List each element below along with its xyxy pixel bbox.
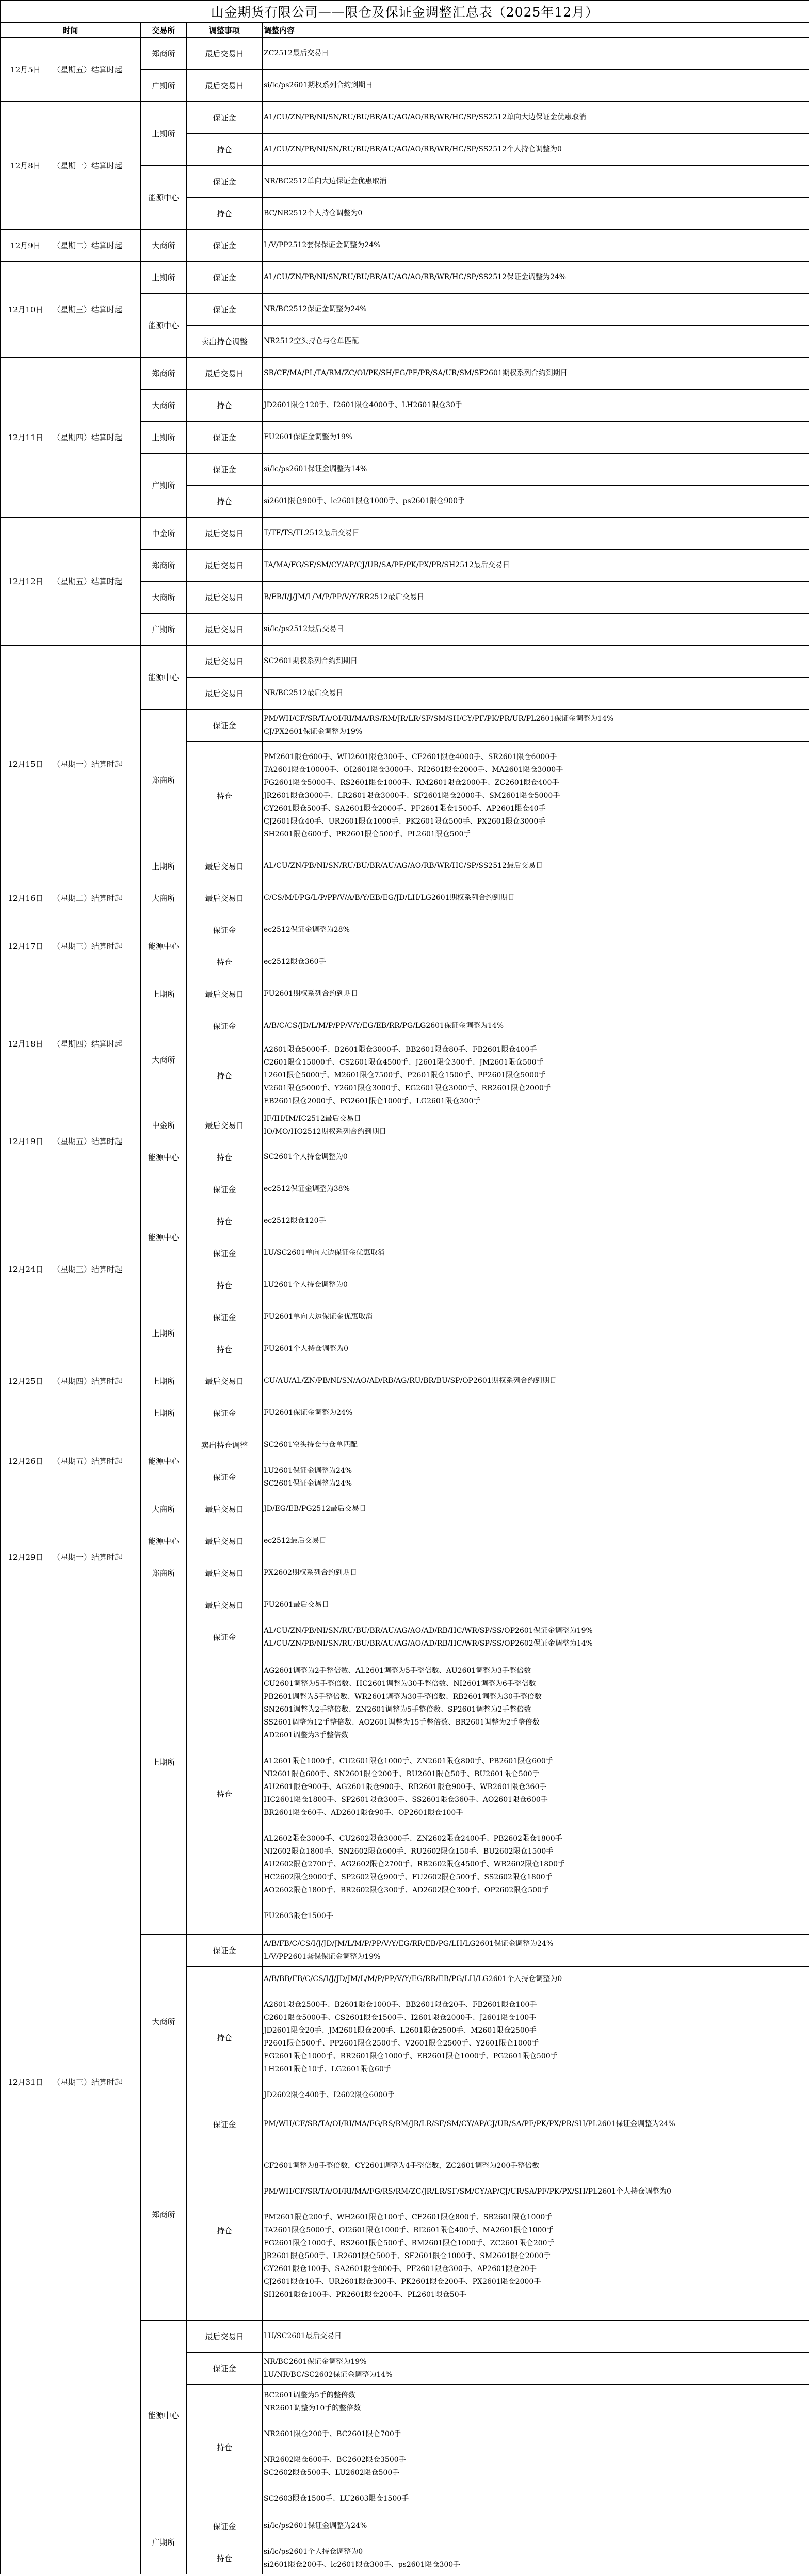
exchange-cell: 郑商所 [141, 358, 187, 390]
content-line: PM/WH/CF/SR/TA/OI/RI/MA/FG/RS/RM/JR/LR/S… [264, 2118, 809, 2131]
table-row: 12月5日（星期五）结算时起郑商所最后交易日ZC2512最后交易日 [1, 38, 809, 70]
adjustment-item-cell: 最后交易日 [187, 38, 263, 70]
date-cell: 12月15日 [1, 646, 51, 882]
content-line: SC2601保证金调整为24% [264, 1477, 809, 1490]
content-line: NR2602限仓600手、BC2602限仓3500手 [264, 2454, 809, 2467]
content-line: AL/CU/ZN/PB/NI/SN/RU/BU/BR/AU/AG/AO/RB/W… [264, 143, 809, 156]
adjustment-item-cell: 最后交易日 [187, 978, 263, 1010]
content-line: NR/BC2512单向大边保证金优惠取消 [264, 175, 809, 188]
header-content: 调整内容 [263, 23, 809, 38]
exchange-cell: 郑商所 [141, 550, 187, 582]
adjustment-item-cell: 保证金 [187, 1935, 263, 1967]
table-row: 12月11日（星期四）结算时起郑商所最后交易日SR/CF/MA/PL/TA/RM… [1, 358, 809, 390]
content-line: CY2601限仓500手、SA2601限仓2000手、PF2601限仓1500手… [264, 802, 809, 815]
adjustment-item-cell: 持仓 [187, 2140, 263, 2321]
content-line: CY2601限仓100手、SA2601限仓800手、PF2601限仓300手、A… [264, 2263, 809, 2276]
weekday-cell: （星期三）结算时起 [51, 262, 141, 358]
content-line [264, 2172, 809, 2185]
adjustment-content-cell: A2601限仓5000手、B2601限仓3000手、BB2601限仓80手、FB… [263, 1042, 809, 1109]
content-line: EG2601限仓1000手、RR2601限仓1000手、EB2601限仓1000… [264, 2050, 809, 2063]
table-row: 12月9日（星期二）结算时起大商所保证金L/V/PP2512套保保证金调整为24… [1, 230, 809, 262]
adjustment-content-cell: SR/CF/MA/PL/TA/RM/ZC/OI/PK/SH/FG/PF/PR/S… [263, 358, 809, 390]
content-line: si2601限仓200手、lc2601限仓300手、ps2601限仓300手 [264, 2558, 809, 2571]
content-line: SH2601限仓600手、PR2601限仓500手、PL2601限仓500手 [264, 828, 809, 841]
content-line: L2601限仓5000手、M2601限仓7500手、P2601限仓1500手、P… [264, 1069, 809, 1082]
content-line: ec2512限仓360手 [264, 956, 809, 969]
content-line: TA2601限仓10000手、OI2601限仓3000手、RI2601限仓200… [264, 764, 809, 777]
adjustment-content-cell: ec2512保证金调整为38% [263, 1173, 809, 1205]
weekday-cell: （星期二）结算时起 [51, 230, 141, 262]
adjustment-content-cell: LU2601保证金调整为24%SC2601保证金调整为24% [263, 1461, 809, 1493]
exchange-cell: 上期所 [141, 850, 187, 882]
table-header-row: 时间 交易所 调整事项 调整内容 [1, 23, 809, 38]
adjustment-item-cell: 持仓 [187, 946, 263, 978]
adjustment-content-cell: L/V/PP2512套保保证金调整为24% [263, 230, 809, 262]
exchange-cell: 郑商所 [141, 1557, 187, 1589]
table-row: 12月26日（星期五）结算时起上期所保证金FU2601保证金调整为24% [1, 1397, 809, 1429]
adjustment-content-cell: PX2602期权系列合约到期日 [263, 1557, 809, 1589]
content-line: L/V/PP2512套保保证金调整为24% [264, 239, 809, 252]
content-line: PM2601限仓600手、WH2601限仓300手、CF2601限仓4000手、… [264, 751, 809, 764]
exchange-cell: 大商所 [141, 882, 187, 914]
content-line: CJ/PX2601保证金调整为19% [264, 726, 809, 738]
content-line: LU2601个人持仓调整为0 [264, 1279, 809, 1292]
adjustment-item-cell: 持仓 [187, 1967, 263, 2108]
content-line: ec2512最后交易日 [264, 1535, 809, 1548]
content-line [264, 1820, 809, 1832]
exchange-cell: 广期所 [141, 2510, 187, 2574]
adjustment-content-cell: AL/CU/ZN/PB/NI/SN/RU/BU/BR/AU/AG/AO/RB/W… [263, 850, 809, 882]
page-title: 山金期货有限公司——限仓及保证金调整汇总表（2025年12月） [1, 1, 809, 23]
exchange-cell: 大商所 [141, 230, 187, 262]
content-line [264, 1986, 809, 1999]
adjustment-content-cell: BC/NR2512个人持仓调整为0 [263, 198, 809, 230]
adjustment-item-cell: 最后交易日 [187, 550, 263, 582]
table-row: 12月10日（星期三）结算时起上期所保证金AL/CU/ZN/PB/NI/SN/R… [1, 262, 809, 294]
content-line: A2601限仓5000手、B2601限仓3000手、BB2601限仓80手、FB… [264, 1043, 809, 1056]
header-item: 调整事项 [187, 23, 263, 38]
weekday-cell: （星期五）结算时起 [51, 1397, 141, 1525]
content-line: SN2601调整为2手整倍数、ZN2601调整为5手整倍数、SP2601调整为2… [264, 1703, 809, 1716]
content-line [264, 2076, 809, 2089]
table-row: 12月19日（星期五）结算时起中金所最后交易日IF/IH/IM/IC2512最后… [1, 1109, 809, 1141]
content-line: NI2601限仓600手、SN2601限仓200手、RU2601限仓50手、BU… [264, 1768, 809, 1781]
adjustment-item-cell: 最后交易日 [187, 582, 263, 614]
adjustment-item-cell: 持仓 [187, 2542, 263, 2574]
weekday-cell: （星期四）结算时起 [51, 1365, 141, 1397]
content-line: T/TF/TS/TL2512最后交易日 [264, 527, 809, 540]
adjustment-item-cell: 保证金 [187, 102, 263, 134]
adjustment-item-cell: 持仓 [187, 742, 263, 850]
content-line: PB2601调整为5手整倍数、WR2601调整为30手整倍数、RB2601调整为… [264, 1691, 809, 1703]
adjustment-content-cell: A/B/C/CS/JD/L/M/P/PP/V/Y/EG/EB/RR/PG/LG2… [263, 1010, 809, 1042]
date-cell: 12月10日 [1, 262, 51, 358]
adjustment-content-cell: TA/MA/FG/SF/SM/CY/AP/CJ/UR/SA/PF/PK/PX/P… [263, 550, 809, 582]
content-line: LU/SC2601单向大边保证金优惠取消 [264, 1247, 809, 1260]
content-line: si2601限仓900手、lc2601限仓1000手、ps2601限仓900手 [264, 495, 809, 508]
adjustment-item-cell: 最后交易日 [187, 518, 263, 550]
content-line: ZC2512最后交易日 [264, 47, 809, 60]
content-line: NI2602限仓1800手、SN2602限仓600手、RU2602限仓150手、… [264, 1845, 809, 1858]
content-line: BC/NR2512个人持仓调整为0 [264, 207, 809, 220]
adjustment-content-cell: AL/CU/ZN/PB/NI/SN/RU/BU/BR/AU/AG/AO/RB/W… [263, 102, 809, 134]
adjustment-content-cell: PM/WH/CF/SR/TA/OI/RI/MA/RS/RM/JR/LR/SF/S… [263, 710, 809, 742]
content-line: AL/CU/ZN/PB/NI/SN/RU/BU/BR/AU/AG/AO/RB/W… [264, 271, 809, 284]
adjustment-content-cell: LU2601个人持仓调整为0 [263, 1269, 809, 1301]
table-row: 12月25日（星期四）结算时起上期所最后交易日CU/AU/AL/ZN/PB/NI… [1, 1365, 809, 1397]
content-line: AL/CU/ZN/PB/NI/SN/RU/BU/BR/AU/AG/AO/RB/W… [264, 860, 809, 873]
date-cell: 12月24日 [1, 1173, 51, 1365]
content-line: AU2601限仓900手、AG2601限仓900手、RB2601限仓900手、W… [264, 1781, 809, 1794]
content-line: NR2512空头持仓与仓单匹配 [264, 335, 809, 348]
adjustment-item-cell: 最后交易日 [187, 1365, 263, 1397]
content-line: JR2601限仓500手、LR2601限仓500手、SF2601限仓1000手、… [264, 2250, 809, 2263]
adjustment-item-cell: 最后交易日 [187, 1493, 263, 1525]
content-line: HC2601限仓1800手、SP2601限仓300手、SS2601限仓360手、… [264, 1794, 809, 1807]
content-line: CJ2601限仓10手、UR2601限仓300手、PK2601限仓200手、PX… [264, 2276, 809, 2289]
adjustment-item-cell: 卖出持仓调整 [187, 1429, 263, 1461]
adjustment-item-cell: 保证金 [187, 710, 263, 742]
adjustment-content-cell: si/lc/ps2601保证金调整为14% [263, 454, 809, 486]
adjustment-content-cell: B/FB/I/J/JM/L/M/P/PP/V/Y/RR2512最后交易日 [263, 582, 809, 614]
content-line: JD2601限仓20手、JM2601限仓200手、L2601限仓2500手、M2… [264, 2024, 809, 2037]
content-line [264, 1742, 809, 1755]
content-line: A/B/BB/FB/C/CS/I/J/JD/JM/L/M/P/PP/V/Y/EG… [264, 1973, 809, 1986]
content-line: A/B/FB/C/CS/I/J/JD/JM/L/M/P/PP/V/Y/EG/RR… [264, 1938, 809, 1951]
content-line: P2601限仓500手、PP2601限仓2500手、V2601限仓2500手、Y… [264, 2037, 809, 2050]
adjustment-item-cell: 最后交易日 [187, 614, 263, 646]
content-line: LH2601限仓10手、LG2601限仓60手 [264, 2063, 809, 2076]
adjustment-item-cell: 保证金 [187, 166, 263, 198]
adjustment-content-cell: C/CS/M/I/PG/L/P/PP/V/A/B/Y/EB/EG/JD/LH/L… [263, 882, 809, 914]
content-line: A2601限仓2500手、B2601限仓1000手、BB2601限仓20手、FB… [264, 1999, 809, 2011]
adjustment-content-cell: si/lc/ps2601保证金调整为24% [263, 2510, 809, 2542]
adjustment-item-cell: 保证金 [187, 294, 263, 326]
adjustment-content-cell: PM2601限仓600手、WH2601限仓300手、CF2601限仓4000手、… [263, 742, 809, 850]
content-line: AD2601调整为3手整倍数 [264, 1729, 809, 1742]
adjustment-content-cell: T/TF/TS/TL2512最后交易日 [263, 518, 809, 550]
content-line: CU/AU/AL/ZN/PB/NI/SN/AO/AD/RB/AG/RU/BR/B… [264, 1375, 809, 1388]
exchange-cell: 上期所 [141, 262, 187, 294]
table-row: 12月24日（星期三）结算时起能源中心保证金ec2512保证金调整为38% [1, 1173, 809, 1205]
adjustment-item-cell: 持仓 [187, 1042, 263, 1109]
adjustment-content-cell: SC2601空头持仓与仓单匹配 [263, 1429, 809, 1461]
adjustment-content-cell: AL/CU/ZN/PB/NI/SN/RU/BU/BR/AU/AG/AO/RB/W… [263, 134, 809, 166]
exchange-cell: 广期所 [141, 454, 187, 518]
adjustment-content-cell: ec2512最后交易日 [263, 1525, 809, 1557]
adjustment-item-cell: 持仓 [187, 390, 263, 422]
content-line: FG2601限仓5000手、RS2601限仓1000手、RM2601限仓2000… [264, 777, 809, 790]
adjustment-item-cell: 最后交易日 [187, 2321, 263, 2353]
exchange-cell: 上期所 [141, 978, 187, 1010]
date-cell: 12月8日 [1, 102, 51, 230]
content-line: si/lc/ps2601个人持仓调整为0 [264, 2546, 809, 2558]
adjustment-content-cell: LU/SC2601最后交易日 [263, 2321, 809, 2353]
content-line: C2601限仓15000手、CS2601限仓4500手、J2601限仓300手、… [264, 1056, 809, 1069]
adjustment-content-cell: IF/IH/IM/IC2512最后交易日IO/MO/HO2512期权系列合约到期… [263, 1109, 809, 1141]
adjustment-item-cell: 保证金 [187, 1461, 263, 1493]
adjustment-item-cell: 持仓 [187, 134, 263, 166]
content-line: ec2512保证金调整为28% [264, 924, 809, 937]
date-cell: 12月25日 [1, 1365, 51, 1397]
content-line: si/lc/ps2601保证金调整为14% [264, 463, 809, 476]
content-line: EB2601限仓2000手、PG2601限仓1000手、LG2601限仓300手 [264, 1095, 809, 1108]
adjustment-content-cell: NR2512空头持仓与仓单匹配 [263, 326, 809, 358]
date-cell: 12月16日 [1, 882, 51, 914]
adjustment-content-cell: NR/BC2512保证金调整为24% [263, 294, 809, 326]
exchange-cell: 广期所 [141, 70, 187, 102]
content-line: C/CS/M/I/PG/L/P/PP/V/A/B/Y/EB/EG/JD/LH/L… [264, 892, 809, 905]
weekday-cell: （星期五）结算时起 [51, 518, 141, 646]
content-line: LU/NR/BC/SC2602保证金调整为14% [264, 2369, 809, 2381]
content-line [264, 2198, 809, 2211]
adjustment-item-cell: 保证金 [187, 422, 263, 454]
adjustment-content-cell: SC2601个人持仓调整为0 [263, 1141, 809, 1173]
content-line: B/FB/I/J/JM/L/M/P/PP/V/Y/RR2512最后交易日 [264, 591, 809, 604]
date-cell: 12月18日 [1, 978, 51, 1109]
content-line: NR/BC2512最后交易日 [264, 687, 809, 700]
content-line: TA/MA/FG/SF/SM/CY/AP/CJ/UR/SA/PF/PK/PX/P… [264, 559, 809, 572]
adjustment-item-cell: 保证金 [187, 1397, 263, 1429]
adjustment-item-cell: 保证金 [187, 2108, 263, 2140]
date-cell: 12月19日 [1, 1109, 51, 1173]
exchange-cell: 能源中心 [141, 1173, 187, 1301]
content-line [264, 1897, 809, 1910]
adjustment-content-cell: A/B/BB/FB/C/CS/I/J/JD/JM/L/M/P/PP/V/Y/EG… [263, 1967, 809, 2108]
adjustment-content-cell: CU/AU/AL/ZN/PB/NI/SN/AO/AD/RB/AG/RU/BR/B… [263, 1365, 809, 1397]
date-cell: 12月31日 [1, 1589, 51, 2574]
adjustment-content-cell: ZC2512最后交易日 [263, 38, 809, 70]
date-cell: 12月17日 [1, 914, 51, 978]
adjustment-item-cell: 保证金 [187, 1173, 263, 1205]
content-line: HC2602限仓9000手、SP2602限仓900手、FU2602限仓500手、… [264, 1871, 809, 1884]
content-line: C2601限仓5000手、CS2601限仓1500手、I2601限仓2000手、… [264, 2011, 809, 2024]
adjustment-content-cell: FU2601保证金调整为19% [263, 422, 809, 454]
weekday-cell: （星期五）结算时起 [51, 38, 141, 102]
weekday-cell: （星期三）结算时起 [51, 914, 141, 978]
content-line [264, 2415, 809, 2428]
content-line: AL2601限仓1000手、CU2601限仓1000手、ZN2601限仓800手… [264, 1755, 809, 1768]
content-line: NR2601调整为10手的整倍数 [264, 2402, 809, 2415]
content-line: LU2601保证金调整为24% [264, 1464, 809, 1477]
content-line: PX2602期权系列合约到期日 [264, 1567, 809, 1580]
adjustment-item-cell: 持仓 [187, 198, 263, 230]
adjustment-content-cell: FU2601个人持仓调整为0 [263, 1333, 809, 1365]
exchange-cell: 上期所 [141, 1365, 187, 1397]
content-line: SC2602限仓500手、LU2602限仓500手 [264, 2467, 809, 2480]
adjustment-item-cell: 保证金 [187, 262, 263, 294]
content-line: NR/BC2601保证金调整为19% [264, 2356, 809, 2369]
content-line: AG2601调整为2手整倍数、AL2601调整为5手整倍数、AU2601调整为3… [264, 1665, 809, 1678]
adjustment-item-cell: 保证金 [187, 230, 263, 262]
content-line: V2601限仓5000手、Y2601限仓3000手、EG2601限仓3000手、… [264, 1082, 809, 1095]
table-row: 12月31日（星期三）结算时起上期所最后交易日FU2601最后交易日 [1, 1589, 809, 1621]
exchange-cell: 上期所 [141, 102, 187, 166]
adjustment-content-cell: AL/CU/ZN/PB/NI/SN/RU/BU/BR/AU/AG/AO/AD/R… [263, 1621, 809, 1653]
adjustment-content-cell: FU2601保证金调整为24% [263, 1397, 809, 1429]
date-cell: 12月5日 [1, 38, 51, 102]
adjustment-item-cell: 持仓 [187, 1141, 263, 1173]
adjustment-item-cell: 卖出持仓调整 [187, 326, 263, 358]
date-cell: 12月29日 [1, 1525, 51, 1589]
content-line: FU2601保证金调整为19% [264, 431, 809, 444]
header-exchange: 交易所 [141, 23, 187, 38]
adjustment-content-cell: ec2512限仓120手 [263, 1205, 809, 1237]
exchange-cell: 郑商所 [141, 2108, 187, 2321]
exchange-cell: 能源中心 [141, 294, 187, 358]
exchange-cell: 上期所 [141, 1397, 187, 1429]
content-line: BR2601限仓60手、AD2601限仓90手、OP2601限仓100手 [264, 1807, 809, 1820]
adjustment-content-cell: NR/BC2601保证金调整为19%LU/NR/BC/SC2602保证金调整为1… [263, 2353, 809, 2385]
adjustment-content-cell: BC2601调整为5手的整倍数NR2601调整为10手的整倍数NR2601限仓2… [263, 2385, 809, 2510]
content-line: ec2512保证金调整为38% [264, 1183, 809, 1196]
adjustment-content-cell: NR/BC2512单向大边保证金优惠取消 [263, 166, 809, 198]
weekday-cell: （星期四）结算时起 [51, 358, 141, 518]
adjustment-content-cell: ec2512保证金调整为28% [263, 914, 809, 946]
table-row: 12月29日（星期一）结算时起能源中心最后交易日ec2512最后交易日 [1, 1525, 809, 1557]
content-line: IO/MO/HO2512期权系列合约到期日 [264, 1125, 809, 1138]
table-body: 12月5日（星期五）结算时起郑商所最后交易日ZC2512最后交易日广期所最后交易… [1, 38, 809, 2574]
weekday-cell: （星期二）结算时起 [51, 882, 141, 914]
exchange-cell: 大商所 [141, 390, 187, 422]
adjustment-item-cell: 最后交易日 [187, 1525, 263, 1557]
table-row: 12月15日（星期一）结算时起能源中心最后交易日SC2601期权系列合约到期日 [1, 646, 809, 678]
exchange-cell: 大商所 [141, 582, 187, 614]
exchange-cell: 能源中心 [141, 166, 187, 230]
adjustment-content-cell: AL/CU/ZN/PB/NI/SN/RU/BU/BR/AU/AG/AO/RB/W… [263, 262, 809, 294]
adjustment-content-cell: A/B/FB/C/CS/I/J/JD/JM/L/M/P/PP/V/Y/EG/RR… [263, 1935, 809, 1967]
adjustment-content-cell: NR/BC2512最后交易日 [263, 678, 809, 710]
content-line: FU2601个人持仓调整为0 [264, 1343, 809, 1356]
content-line: AU2602限仓2700手、AG2602限仓2700手、RB2602限仓4500… [264, 1858, 809, 1871]
adjustment-content-cell: SC2601期权系列合约到期日 [263, 646, 809, 678]
adjustment-item-cell: 最后交易日 [187, 646, 263, 678]
adjustment-content-cell: LU/SC2601单向大边保证金优惠取消 [263, 1237, 809, 1269]
adjustment-content-cell: FU2601期权系列合约到期日 [263, 978, 809, 1010]
exchange-cell: 郑商所 [141, 710, 187, 850]
content-line: CU2601调整为5手整倍数、HC2601调整为30手整倍数、NI2601调整为… [264, 1678, 809, 1691]
content-line: FU2601保证金调整为24% [264, 1407, 809, 1420]
content-line: SC2603限仓1500手、LU2603限仓1500手 [264, 2492, 809, 2505]
exchange-cell: 广期所 [141, 614, 187, 646]
adjustment-item-cell: 保证金 [187, 2510, 263, 2542]
weekday-cell: （星期五）结算时起 [51, 1109, 141, 1173]
content-line: FU2603限仓1500手 [264, 1910, 809, 1923]
adjustment-item-cell: 最后交易日 [187, 70, 263, 102]
exchange-cell: 大商所 [141, 1493, 187, 1525]
adjustment-item-cell: 保证金 [187, 1301, 263, 1333]
exchange-cell: 能源中心 [141, 1429, 187, 1493]
content-line: IF/IH/IM/IC2512最后交易日 [264, 1113, 809, 1125]
adjustment-item-cell: 保证金 [187, 454, 263, 486]
content-line: TA2601限仓5000手、OI2601限仓1000手、RI2601限仓400手… [264, 2224, 809, 2237]
adjustment-table: 山金期货有限公司——限仓及保证金调整汇总表（2025年12月） 时间 交易所 调… [0, 0, 809, 2574]
adjustment-item-cell: 保证金 [187, 2353, 263, 2385]
content-line: SS2601调整为12手整倍数、AO2601调整为15手整倍数、BR2601调整… [264, 1716, 809, 1729]
exchange-cell: 郑商所 [141, 38, 187, 70]
adjustment-item-cell: 保证金 [187, 1237, 263, 1269]
adjustment-content-cell: si/lc/ps2512最后交易日 [263, 614, 809, 646]
adjustment-item-cell: 持仓 [187, 1269, 263, 1301]
content-line: JD/EG/EB/PG2512最后交易日 [264, 1503, 809, 1516]
date-cell: 12月9日 [1, 230, 51, 262]
adjustment-content-cell: si/lc/ps2601期权系列合约到期日 [263, 70, 809, 102]
adjustment-content-cell: JD/EG/EB/PG2512最后交易日 [263, 1493, 809, 1525]
exchange-cell: 能源中心 [141, 2321, 187, 2510]
content-line: SR/CF/MA/PL/TA/RM/ZC/OI/PK/SH/FG/PF/PR/S… [264, 367, 809, 380]
exchange-cell: 能源中心 [141, 1141, 187, 1173]
content-line: NR2601限仓200手、BC2601限仓700手 [264, 2428, 809, 2441]
table-row: 12月17日（星期三）结算时起能源中心保证金ec2512保证金调整为28% [1, 914, 809, 946]
adjustment-item-cell: 保证金 [187, 1010, 263, 1042]
adjustment-item-cell: 最后交易日 [187, 1557, 263, 1589]
adjustment-content-cell: CF2601调整为8手整倍数，CY2601调整为4手整倍数，ZC2601调整为2… [263, 2140, 809, 2321]
adjustment-item-cell: 最后交易日 [187, 882, 263, 914]
content-line: PM2601限仓200手、WH2601限仓100手、CF2601限仓800手、S… [264, 2211, 809, 2224]
adjustment-item-cell: 保证金 [187, 914, 263, 946]
date-cell: 12月12日 [1, 518, 51, 646]
exchange-cell: 上期所 [141, 1301, 187, 1365]
content-line: si/lc/ps2601保证金调整为24% [264, 2520, 809, 2533]
adjustment-item-cell: 持仓 [187, 2385, 263, 2510]
exchange-cell: 能源中心 [141, 914, 187, 978]
adjustment-item-cell: 最后交易日 [187, 1109, 263, 1141]
content-line: LU/SC2601最后交易日 [264, 2330, 809, 2343]
content-line: si/lc/ps2601期权系列合约到期日 [264, 79, 809, 92]
adjustment-content-cell: si2601限仓900手、lc2601限仓1000手、ps2601限仓900手 [263, 486, 809, 518]
content-line: SH2601限仓100手、PR2601限仓200手、PL2601限仓50手 [264, 2289, 809, 2301]
content-line: si/lc/ps2512最后交易日 [264, 623, 809, 636]
content-line: L/V/PP2601套保保证金调整为19% [264, 1951, 809, 1963]
weekday-cell: （星期三）结算时起 [51, 1173, 141, 1365]
content-line: ec2512限仓120手 [264, 1215, 809, 1228]
content-line: AL/CU/ZN/PB/NI/SN/RU/BU/BR/AU/AG/AO/AD/R… [264, 1637, 809, 1650]
exchange-cell: 上期所 [141, 422, 187, 454]
exchange-cell: 上期所 [141, 1589, 187, 1935]
adjustment-content-cell: FU2601单向大边保证金优惠取消 [263, 1301, 809, 1333]
content-line: BC2601调整为5手的整倍数 [264, 2389, 809, 2402]
content-line: CJ2601限仓40手、UR2601限仓1000手、PK2601限仓500手、P… [264, 815, 809, 828]
adjustment-content-cell: JD2601限仓120手、I2601限仓4000手、LH2601限仓30手 [263, 390, 809, 422]
adjustment-content-cell: ec2512限仓360手 [263, 946, 809, 978]
adjustment-content-cell: PM/WH/CF/SR/TA/OI/RI/MA/FG/RS/RM/JR/LR/S… [263, 2108, 809, 2140]
content-line: AO2602限仓1800手、BR2602限仓300手、AD2602限仓300手、… [264, 1884, 809, 1897]
adjustment-item-cell: 保证金 [187, 1621, 263, 1653]
content-line: SC2601空头持仓与仓单匹配 [264, 1439, 809, 1452]
table-row: 12月12日（星期五）结算时起中金所最后交易日T/TF/TS/TL2512最后交… [1, 518, 809, 550]
table-row: 12月16日（星期二）结算时起大商所最后交易日C/CS/M/I/PG/L/P/P… [1, 882, 809, 914]
exchange-cell: 能源中心 [141, 1525, 187, 1557]
content-line: NR/BC2512保证金调整为24% [264, 303, 809, 316]
adjustment-item-cell: 持仓 [187, 486, 263, 518]
date-cell: 12月26日 [1, 1397, 51, 1525]
adjustment-summary-sheet: 山金期货有限公司——限仓及保证金调整汇总表（2025年12月） 时间 交易所 调… [0, 0, 809, 2574]
content-line: SC2601期权系列合约到期日 [264, 655, 809, 668]
content-line: FU2601最后交易日 [264, 1599, 809, 1612]
weekday-cell: （星期一）结算时起 [51, 1525, 141, 1589]
exchange-cell: 大商所 [141, 1935, 187, 2108]
date-cell: 12月11日 [1, 358, 51, 518]
exchange-cell: 大商所 [141, 1010, 187, 1109]
content-line: JR2601限仓3000手、LR2601限仓3000手、SF2601限仓2000… [264, 790, 809, 802]
content-line [264, 2480, 809, 2492]
adjustment-content-cell: FU2601最后交易日 [263, 1589, 809, 1621]
adjustment-item-cell: 持仓 [187, 1205, 263, 1237]
header-time: 时间 [1, 23, 141, 38]
adjustment-content-cell: si/lc/ps2601个人持仓调整为0si2601限仓200手、lc2601限… [263, 2542, 809, 2574]
adjustment-content-cell: AG2601调整为2手整倍数、AL2601调整为5手整倍数、AU2601调整为3… [263, 1653, 809, 1935]
content-line: AL/CU/ZN/PB/NI/SN/RU/BU/BR/AU/AG/AO/AD/R… [264, 1624, 809, 1637]
